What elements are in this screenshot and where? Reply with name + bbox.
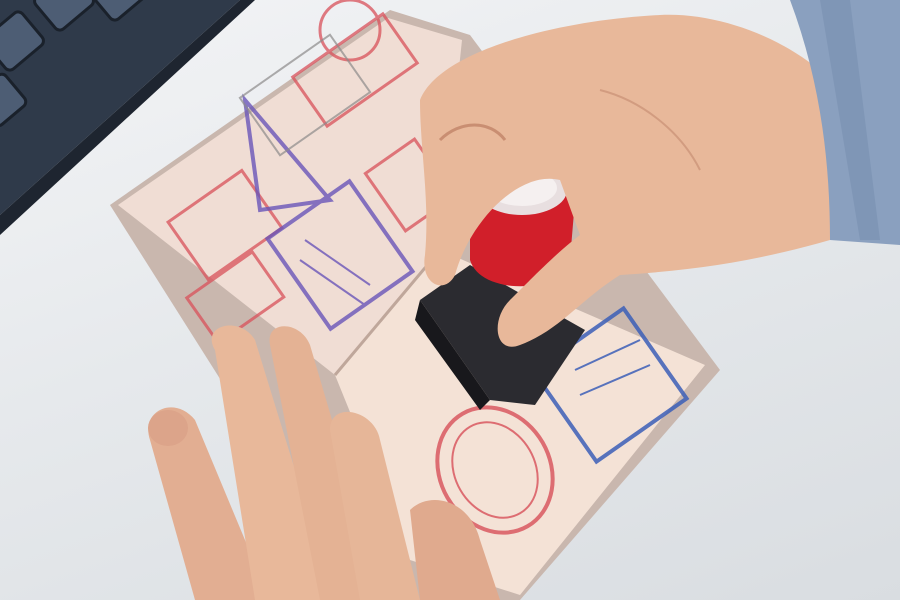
illustration: [0, 0, 900, 600]
photo-scene: A hand pressing a red rubber stamp onto …: [0, 0, 900, 600]
